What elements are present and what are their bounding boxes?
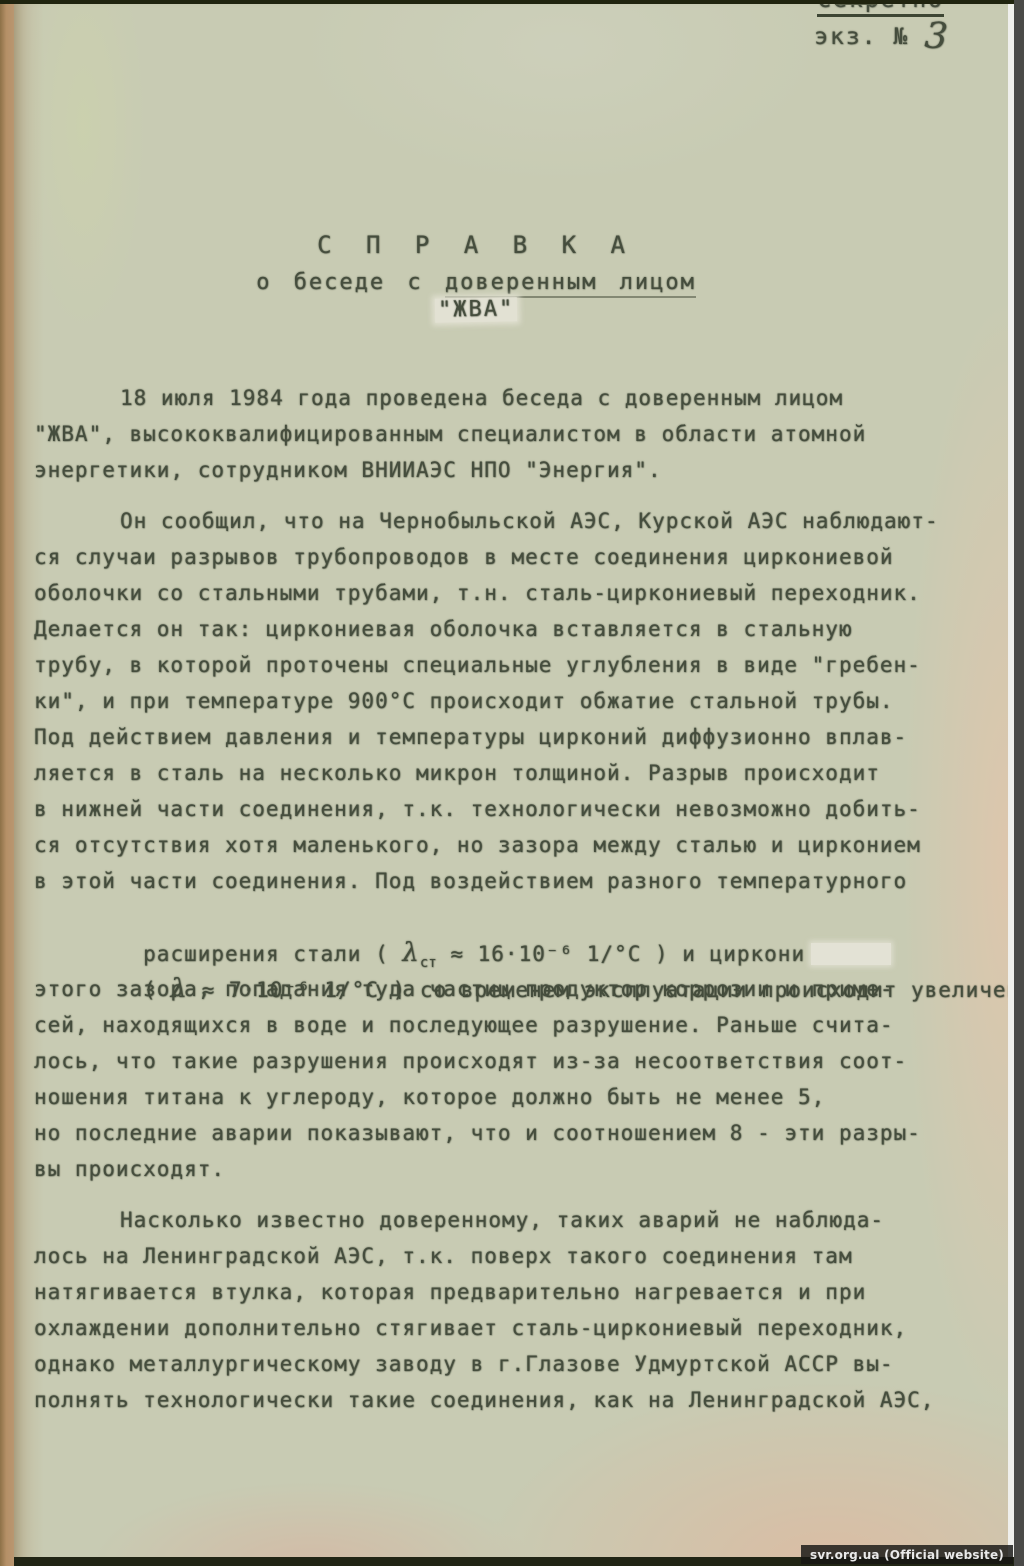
document-text-line: лось на Ленинградской АЭС, т.к. поверх т… <box>34 1238 978 1274</box>
document-text-line: сей, находящихся в воде и последующее ра… <box>34 1007 978 1043</box>
correction-patch <box>811 943 891 965</box>
document-text-line: лось, что такие разрушения происходят из… <box>34 1043 978 1079</box>
document-text-line: охлаждении дополнительно стягивает сталь… <box>34 1310 978 1346</box>
lambda-symbol: λ <box>402 938 419 968</box>
document-text-line: оболочки со стальными трубами, т.н. стал… <box>34 575 978 611</box>
codename-highlight: "ЖВА" <box>435 297 518 322</box>
document-text-line: трубу, в которой проточены специальные у… <box>34 647 978 683</box>
document-text-line: в этой части соединения. Под воздействие… <box>34 863 978 899</box>
scan-left-edge <box>0 0 14 1566</box>
scan-background <box>1014 0 1024 1566</box>
source-codename: "ЖВА" <box>14 298 938 322</box>
document-text-line: в нижней части соединения, т.к. технолог… <box>34 791 978 827</box>
document-text-line: Делается он так: циркониевая оболочка вс… <box>34 611 978 647</box>
document-subtitle: о беседе с доверенным лицом <box>14 268 938 298</box>
formula-text: ≈ 16·10⁻⁶ 1/°С ) и циркони <box>437 942 805 966</box>
paragraph-2-continued: этого зазора, попадания туда частиц прод… <box>34 971 978 1187</box>
document-text-line: полнять технологически такие соединения,… <box>34 1382 978 1418</box>
scan-top-shadow <box>0 0 1014 4</box>
formula-line-steel: расширения стали ( λст ≈ 16·10⁻⁶ 1/°С ) … <box>34 899 978 935</box>
lambda-subscript: ст <box>420 955 437 971</box>
document-text-line: "ЖВА", высококвалифицированным специалис… <box>34 416 978 452</box>
document-text-line: натягивается втулка, которая предварител… <box>34 1274 978 1310</box>
document-text-line: Насколько известно доверенному, таких ав… <box>34 1202 978 1238</box>
document-text-line: ляется в сталь на несколько микрон толщи… <box>34 755 978 791</box>
document-paper: Секретно экз. № 3 С П Р А В К А о беседе… <box>14 0 1008 1566</box>
paragraph-3: Насколько известно доверенному, таких ав… <box>34 1202 978 1418</box>
document-text-line: Он сообщил, что на Чернобыльской АЭС, Ку… <box>34 503 978 539</box>
copy-label: экз. № <box>814 24 909 50</box>
document-text-line: этого зазора, попадания туда частиц прод… <box>34 971 978 1007</box>
document-text-line: однако металлургическому заводу в г.Глаз… <box>34 1346 978 1382</box>
paragraph-1: 18 июля 1984 года проведена беседа с дов… <box>34 380 978 488</box>
handwritten-copy-number: 3 <box>924 31 950 43</box>
document-title: С П Р А В К А <box>14 230 938 260</box>
title-block: С П Р А В К А о беседе с доверенным лицо… <box>14 230 1008 322</box>
copy-number-line: экз. № 3 <box>814 24 950 50</box>
document-text-line: ся отсутствия хотя маленького, но зазора… <box>34 827 978 863</box>
document-text-line: вы происходят. <box>34 1151 978 1187</box>
document-text-line: энергетики, сотрудником ВНИИАЭС НПО "Эне… <box>34 452 978 488</box>
document-text-line: но последние аварии показывают, что и со… <box>34 1115 978 1151</box>
document-text-line: ношения титана к углероду, которое должн… <box>34 1079 978 1115</box>
document-text-line: ки", и при температуре 900°С происходит … <box>34 683 978 719</box>
document-text-line: 18 июля 1984 года проведена беседа с дов… <box>34 380 978 416</box>
scanned-document-page: Секретно экз. № 3 С П Р А В К А о беседе… <box>0 0 1024 1566</box>
document-text-line: ся случаи разрывов трубопроводов в месте… <box>34 539 978 575</box>
subtitle-underlined-text: доверенным лицом <box>445 270 696 298</box>
subtitle-text: о беседе с <box>256 270 445 295</box>
watermark-credit: svr.org.ua (Official website) <box>810 1548 1004 1562</box>
document-text-line: Под действием давления и температуры цир… <box>34 719 978 755</box>
document-body: 18 июля 1984 года проведена беседа с дов… <box>34 380 978 1418</box>
paragraph-2: Он сообщил, что на Чернобыльской АЭС, Ку… <box>34 503 978 899</box>
watermark-bar: svr.org.ua (Official website) <box>801 1545 1013 1564</box>
formula-text: расширения стали ( <box>143 942 402 966</box>
